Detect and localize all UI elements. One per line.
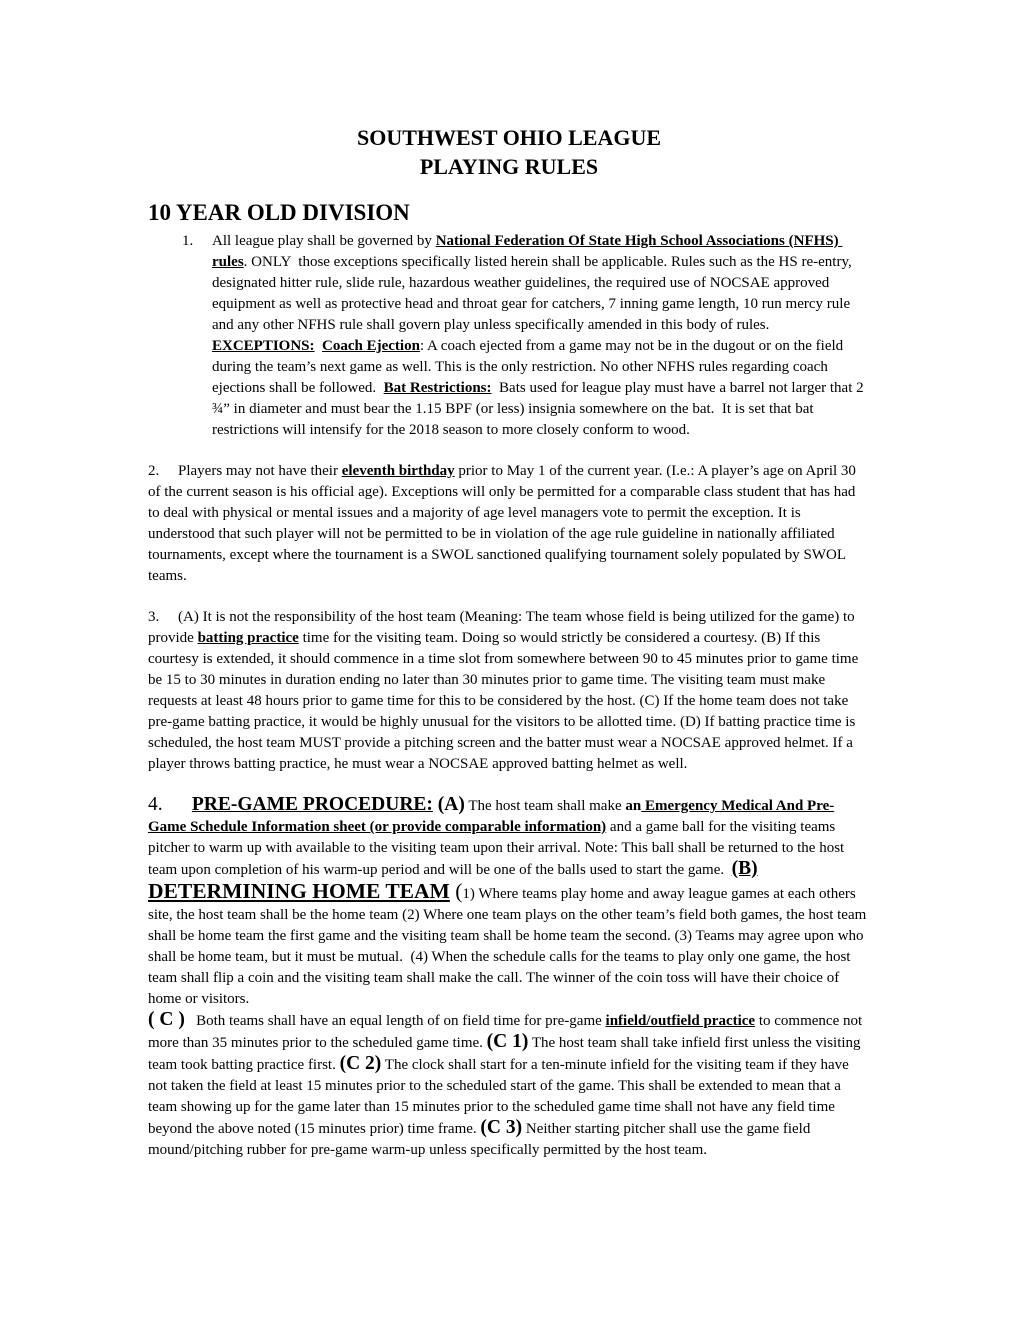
rule-1: 1.All league play shall be governed by N… [148,231,870,441]
text-run: The host team shall make [465,798,626,814]
text-run: 4. [148,794,192,815]
page-background: { "meta": { "background_color": "#ffffff… [0,0,1020,1320]
rule-1-text: All league play shall be governed by Nat… [212,233,867,438]
doc-title-line-2: PLAYING RULES [148,152,870,181]
document-page: SOUTHWEST OHIO LEAGUEPLAYING RULES10 YEA… [0,0,1020,1320]
rule-1-number: 1. [182,231,193,252]
text-run: (A) [438,794,465,815]
text-run [758,858,773,879]
text-run: time for the visiting team. Doing so wou… [148,630,862,772]
text-run: Bat Restrictions: [384,380,492,396]
text-run: All league play shall be governed by [212,233,436,249]
doc-title-line-1: SOUTHWEST OHIO LEAGUE [148,123,870,152]
text-run: ( [450,879,463,903]
rule-3: 3. (A) It is not the responsibility of t… [148,607,870,775]
text-run [315,338,323,354]
text-run: 1) Where teams play home and away league… [148,886,870,1007]
text-run: an [625,798,641,814]
text-run: PRE-GAME PROCEDURE: [192,794,433,815]
text-run: ( C ) [148,1009,185,1030]
text-run: eleventh birthday [342,463,455,479]
text-run: DETERMINING HOME TEAM [148,879,450,903]
text-run: EXCEPTIONS: [212,338,315,354]
text-run: (B) [732,858,758,879]
text-run: . ONLY those exceptions specifically lis… [212,254,855,333]
text-run: 2. Players may not have their [148,463,342,479]
text-run: (C 3) [480,1117,522,1138]
text-run: infield/outfield practice [606,1013,756,1029]
text-run: (C 1) [487,1031,529,1052]
text-run: (C 2) [340,1053,382,1074]
text-run: Coach Ejection [322,338,420,354]
rule-2: 2. Players may not have their eleventh b… [148,461,870,587]
text-run: Both teams shall have an equal length of… [185,1013,606,1029]
text-run: batting practice [198,630,299,646]
rule-4-section-c: ( C ) Both teams shall have an equal len… [148,1010,870,1161]
text-run: prior to May 1 of the current year. (I.e… [148,463,860,584]
division-heading: 10 YEAR OLD DIVISION [148,197,870,228]
rule-4: 4. PRE-GAME PROCEDURE: (A) The host team… [148,795,870,1010]
